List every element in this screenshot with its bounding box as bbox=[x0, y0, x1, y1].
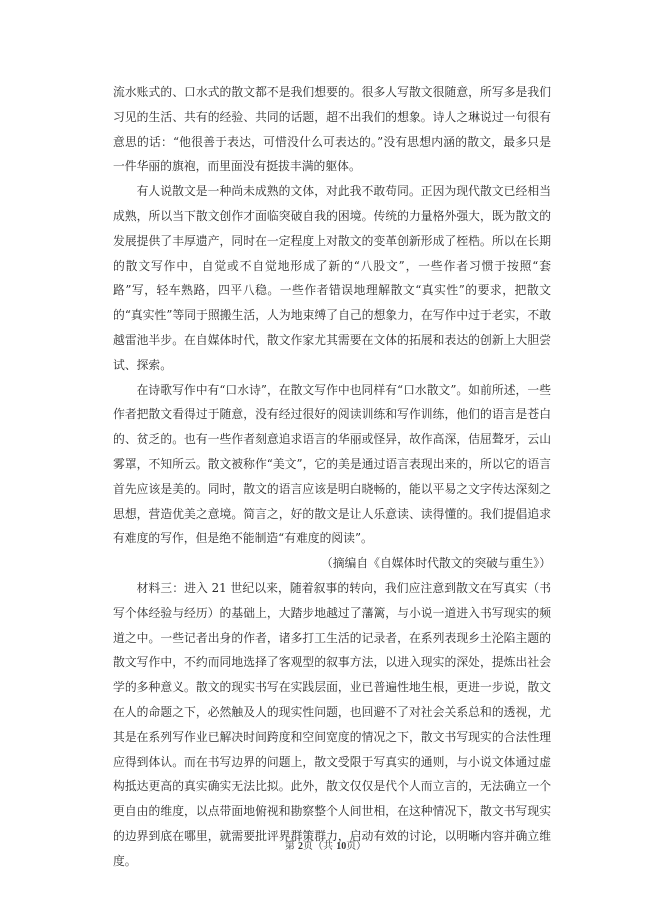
page-footer: 第 2页（共 10页） bbox=[0, 840, 651, 854]
document-page: 流水账式的、口水式的散文都不是我们想要的。很多人写散文很随意，所写多是我们习见的… bbox=[113, 80, 551, 874]
citation: （摘编自《自媒体时代散文的突破与重生》） bbox=[113, 551, 551, 576]
footer-prefix: 第 bbox=[285, 841, 298, 852]
paragraph-3: 在诗歌写作中有“口水诗”，在散文写作中也同样有“口水散文”。如前所述，一些作者把… bbox=[113, 378, 551, 552]
paragraph-1: 流水账式的、口水式的散文都不是我们想要的。很多人写散文很随意，所写多是我们习见的… bbox=[113, 80, 551, 179]
total-pages-number: 10 bbox=[336, 841, 346, 852]
footer-suffix: 页） bbox=[346, 841, 366, 852]
paragraph-2: 有人说散文是一种尚未成熟的文体，对此我不敢苟同。正因为现代散文已经相当成熟，所以… bbox=[113, 179, 551, 377]
material-three-paragraph: 材料三：进入 21 世纪以来，随着叙事的转向，我们应注意到散文在写真实（书写个体… bbox=[113, 576, 551, 874]
footer-middle: 页（共 bbox=[303, 841, 336, 852]
